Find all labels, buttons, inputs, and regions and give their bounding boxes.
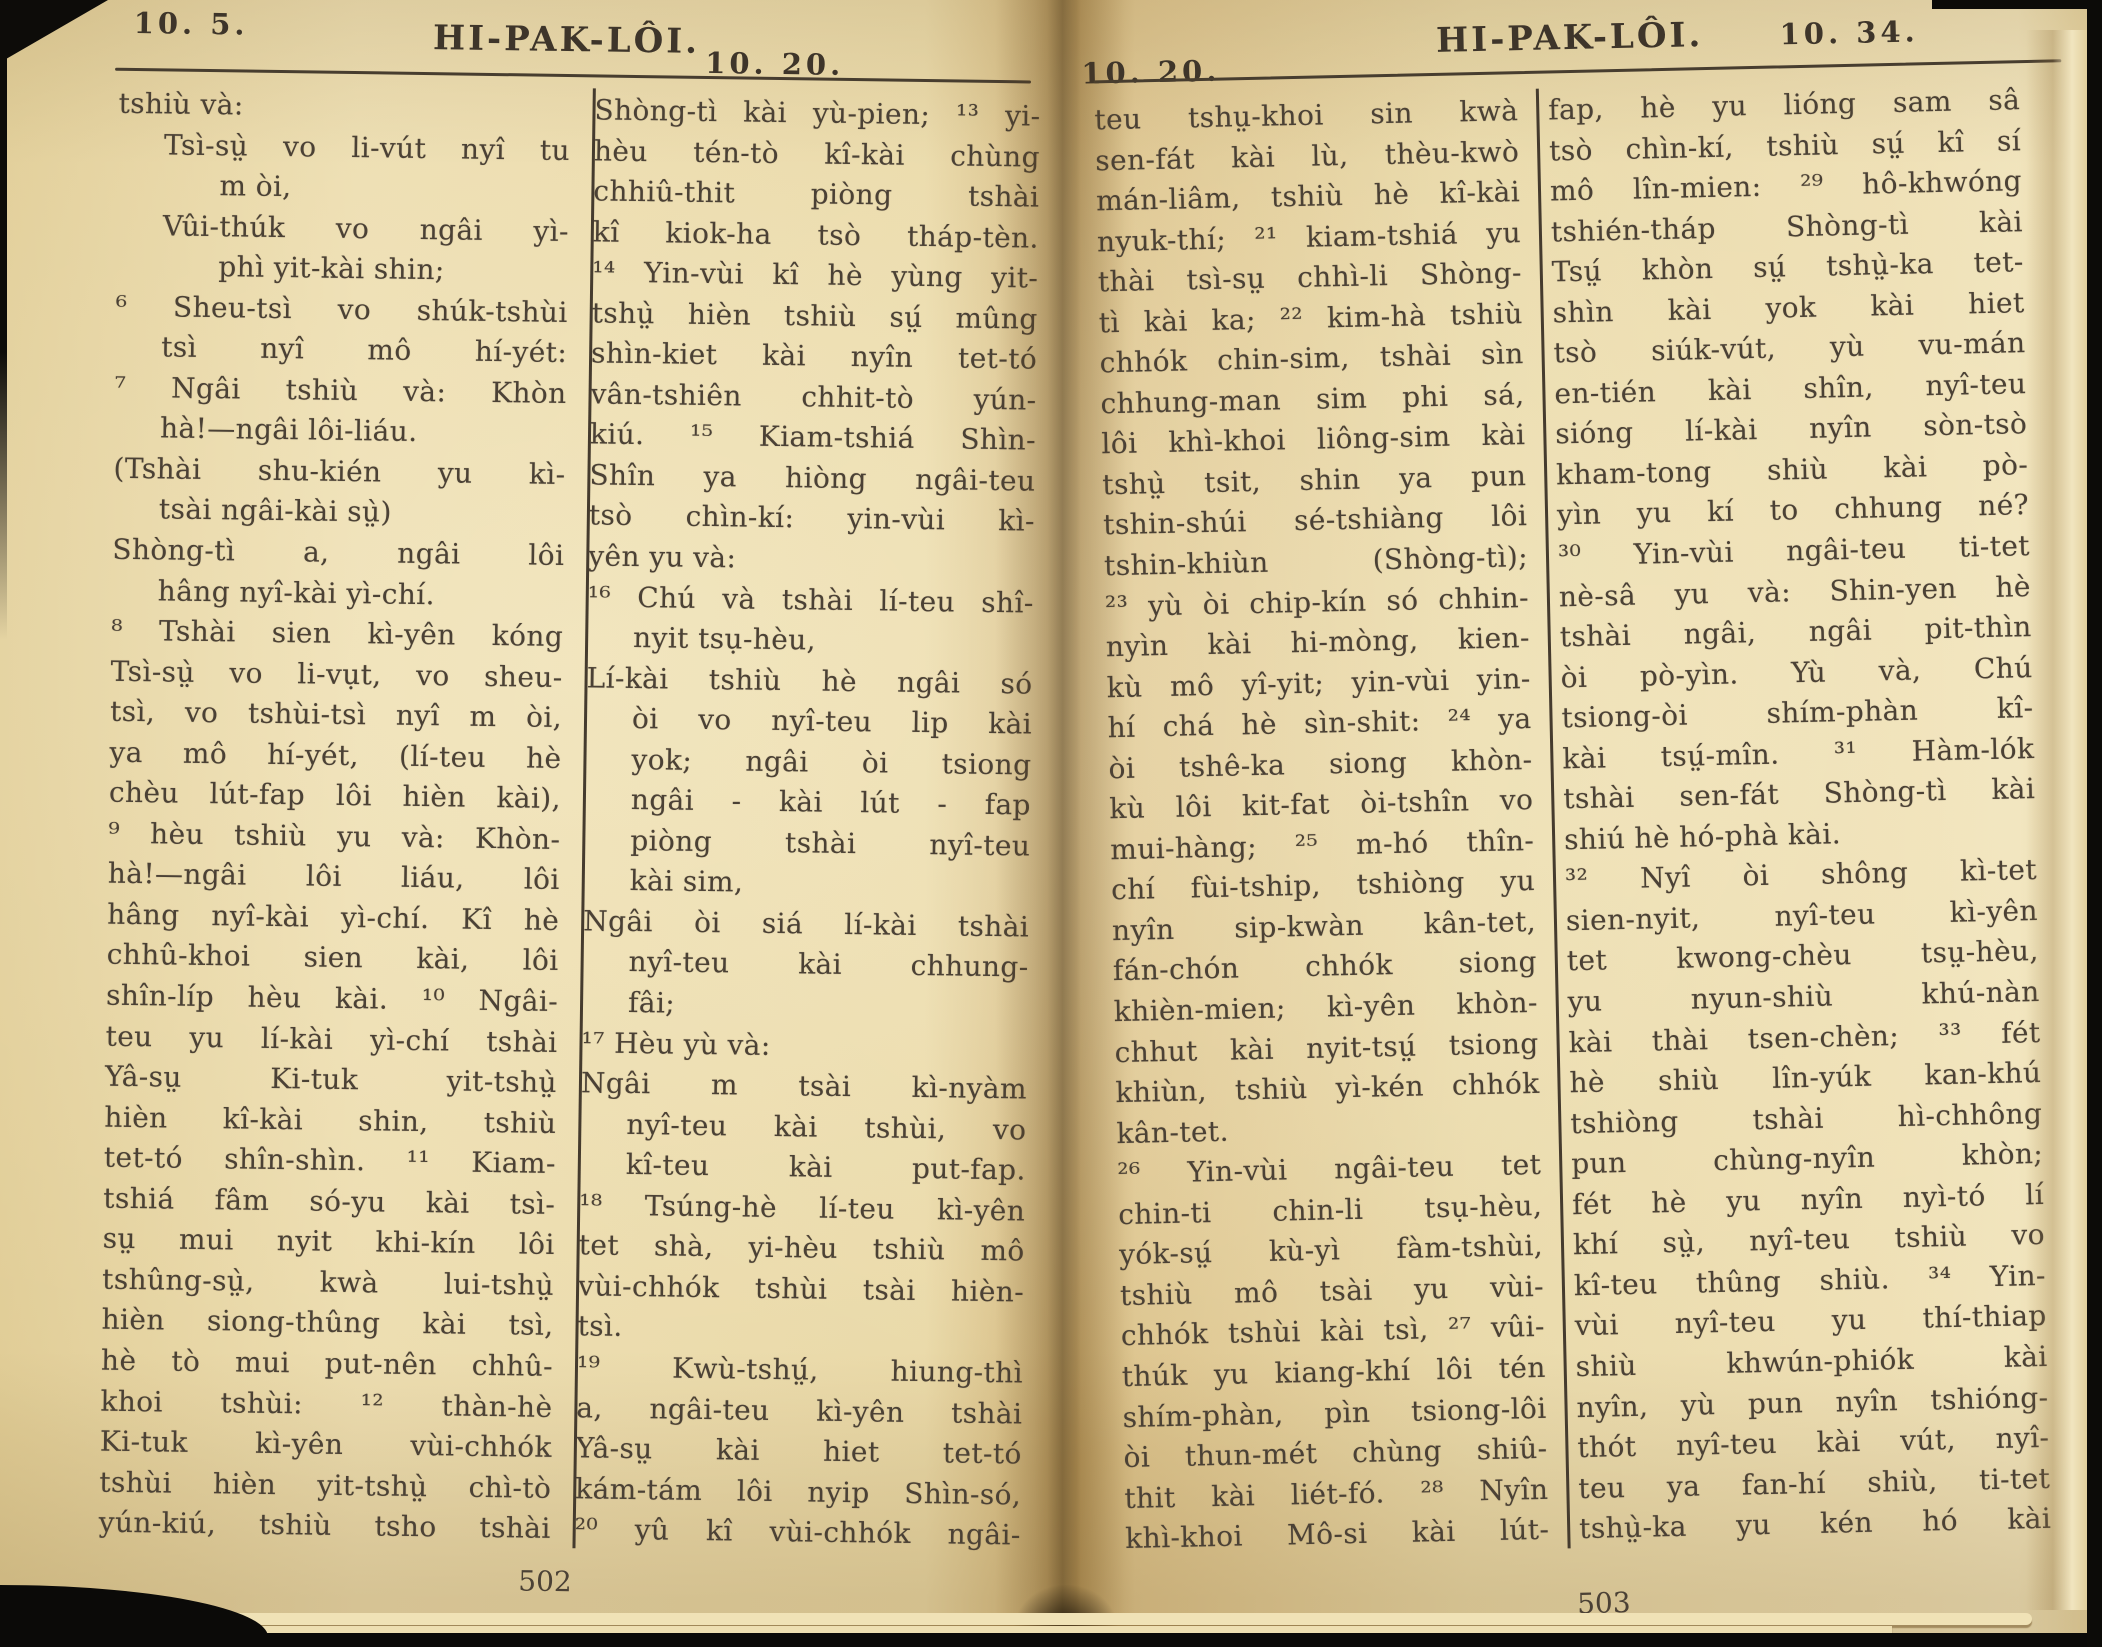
text-line: kài sim, — [584, 861, 1031, 908]
text-line: Ki-tuk kì-yên vùi-chhók — [100, 1422, 553, 1469]
text-line: tshùi hièn yit-tshṳ̀ chì-tò — [99, 1462, 552, 1509]
text-line: a, ngâi-teu kì-yên tshài — [576, 1388, 1023, 1435]
text-line: hièn kî-kài shin, tshiù — [104, 1097, 557, 1144]
text-column-2: Shòng-tì kài yù-pien; ¹³ yi-hèu tén-tò k… — [574, 90, 1040, 1556]
chapter-verse-ref-right: 10. 34. — [1779, 14, 1919, 51]
text-columns: teu tshṳ-khoi sin kwàsen-fát kài lù, thè… — [1094, 80, 2052, 1560]
text-line: vùi-chhók tshùi tsài hièn- — [578, 1266, 1025, 1313]
text-line: ²⁰ yû kî vùi-chhók ngâi- — [574, 1509, 1021, 1556]
text-line: nyî-teu kài tshùi, vo — [580, 1104, 1027, 1151]
text-line: Vûi-thúk vo ngâi yì- — [117, 205, 570, 252]
page-number: 503 — [1099, 1576, 2102, 1631]
text-line: nyit tsụ-hèu, — [587, 617, 1034, 664]
book-scan: 10. 5. HI-PAK-LÔI. 10. 20. tshiù và:Tsì-… — [0, 0, 2102, 1647]
text-line: Yâ-sṳ kài hiet tet-tó — [576, 1428, 1023, 1475]
text-line: shìn-kiet kài nyîn tet-tó — [591, 334, 1038, 381]
text-line: tshûng-sṳ̀, kwà lui-tshṳ̀ — [102, 1259, 555, 1306]
text-line: tshiù và: — [118, 84, 571, 131]
text-line: nyî-teu kài chhung- — [582, 942, 1029, 989]
text-line: chèu lút-fap lôi hièn kài), — [109, 773, 562, 820]
text-line: tsì, vo tshùi-tsì nyî m òi, — [110, 692, 563, 739]
text-line: Tsì-sṳ̀ vo li-vút nyî tu — [118, 124, 571, 171]
scan-edge-black — [0, 1633, 2102, 1647]
text-line: khì-khoi Mô-si kài lút- — [1125, 1510, 1550, 1560]
text-line: tet shà, yi-hèu tshiù mô — [578, 1226, 1025, 1273]
text-line: hâng nyî-kài yì-chí. — [112, 570, 565, 617]
text-line: ya mô hí-yét, (lí-teu hè — [109, 732, 562, 779]
book-title: HI-PAK-LÔI. — [87, 13, 1045, 66]
text-line: Yâ-sṳ Ki-tuk yit-tshṳ̀ — [105, 1057, 558, 1104]
text-line: tsì. — [577, 1307, 1024, 1354]
left-page-header: 10. 5. HI-PAK-LÔI. 10. 20. — [87, 0, 1046, 91]
text-line: (Tshài shu-kién yu kì- — [113, 449, 566, 496]
text-line: òi vo nyî-teu lip kài — [586, 699, 1033, 746]
text-line: ⁶ Sheu-tsì vo shúk-tshùi — [115, 286, 568, 333]
book-title: HI-PAK-LÔI. — [1064, 7, 2075, 69]
text-line: ¹⁹ Kwù-tshṳ́, hiung-thì — [577, 1347, 1024, 1394]
text-line: shîn-líp hèu kài. ¹⁰ Ngâi- — [106, 976, 559, 1023]
text-line: khoi tshùi: ¹² thàn-hè — [100, 1381, 553, 1428]
text-line: Lí-kài tshiù hè ngâi só — [586, 658, 1033, 705]
page-number: 502 — [66, 1558, 1024, 1604]
text-line: m òi, — [117, 165, 570, 212]
text-line: ¹⁴ Yin-vùi kî hè yùng yit- — [592, 253, 1039, 300]
text-line: kiú. ¹⁵ Kiam-tshiá Shìn- — [590, 415, 1037, 462]
text-line: ¹⁶ Chú và tshài lí-teu shî- — [587, 577, 1034, 624]
text-line: Tsì-sṳ̀ vo li-vụt, vo sheu- — [110, 651, 563, 698]
text-line: tsò chìn-kí: yin-vùi kì- — [589, 496, 1036, 543]
text-line: tshṳ̀ hièn tshiù sṳ́ mûng — [591, 293, 1038, 340]
text-line: sṳ mui nyit khi-kín lôi — [102, 1219, 555, 1266]
text-line: ⁹ hèu tshiù yu và: Khòn- — [108, 814, 561, 861]
text-line: kám-tám lôi nyip Shìn-só, — [575, 1469, 1022, 1516]
text-line: tshiá fâm só-yu kài tsì- — [103, 1178, 556, 1225]
left-page: 10. 5. HI-PAK-LÔI. 10. 20. tshiù và:Tsì-… — [65, 0, 1046, 1645]
text-line: hà!—ngâi lôi-liáu. — [114, 408, 567, 455]
text-column-1: tshiù và:Tsì-sṳ̀ vo li-vút nyî tum òi,Vû… — [98, 84, 570, 1550]
text-line: yok; ngâi òi tsiong — [585, 739, 1032, 786]
text-line: vân-tshiên chhit-tò yún- — [590, 374, 1037, 421]
text-line: hièn siong-thûng kài tsì, — [101, 1300, 554, 1347]
right-page-header: 10. 20. HI-PAK-LÔI. 10. 34. — [1064, 0, 2075, 95]
text-line: Shòng-tì a, ngâi lôi — [112, 530, 565, 577]
text-line: hèu tén-tò kî-kài chùng — [594, 131, 1041, 178]
text-line: yên yu và: — [588, 536, 1035, 583]
text-line: kî kiok-ha tsò tháp-tèn. — [593, 212, 1040, 259]
text-line: hè tò mui put-nên chhû- — [101, 1341, 554, 1388]
text-line: Ngâi m tsài kì-nyàm — [581, 1063, 1028, 1110]
text-line: chhiû-thit piòng tshài — [593, 171, 1040, 218]
text-line: ¹⁷ Hèu yù và: — [581, 1023, 1028, 1070]
text-line: ⁸ Tshài sien kì-yên kóng — [111, 611, 564, 658]
text-line: Shîn ya hiòng ngâi-teu — [589, 455, 1036, 502]
text-column-1: teu tshṳ-khoi sin kwàsen-fát kài lù, thè… — [1094, 91, 1550, 1560]
text-line: tsì nyî mô hí-yét: — [115, 327, 568, 374]
text-line: Shòng-tì kài yù-pien; ¹³ yi- — [594, 90, 1041, 137]
text-line: tsài ngâi-kài sṳ̀) — [113, 489, 566, 536]
text-line: piòng tshài nyî-teu — [584, 820, 1031, 867]
text-columns: tshiù và:Tsì-sṳ̀ vo li-vút nyî tum òi,Vû… — [98, 84, 1040, 1556]
text-line: hâng nyî-kài yì-chí. Kî hè — [107, 895, 560, 942]
scan-edge-black — [0, 0, 7, 640]
text-line: yún-kiú, tshiù tsho tshài — [98, 1503, 551, 1550]
text-line: Ngâi òi siá lí-kài tshài — [583, 901, 1030, 948]
text-line: kî-teu kài put-fap. — [580, 1145, 1027, 1192]
text-line: chhû-khoi sien kài, lôi — [106, 935, 559, 982]
text-line: hà!—ngâi lôi liáu, lôi — [108, 854, 561, 901]
text-line: phì yit-kài shin; — [116, 246, 569, 293]
text-line: fâi; — [582, 982, 1029, 1029]
right-page: 10. 20. HI-PAK-LÔI. 10. 34. teu tshṳ-kho… — [1064, 0, 2102, 1647]
text-line: tet-tó shîn-shìn. ¹¹ Kiam- — [104, 1138, 557, 1185]
text-line: ngâi - kài lút - fap — [585, 780, 1032, 827]
text-line: teu yu lí-kài yì-chí tshài — [105, 1016, 558, 1063]
text-line: ¹⁸ Tsúng-hè lí-teu kì-yên — [579, 1185, 1026, 1232]
text-line: ⁷ Ngâi tshiù và: Khòn — [114, 368, 567, 415]
text-column-2: fap, hè yu lióng sam sâtsò chìn-kí, tshi… — [1548, 80, 2052, 1550]
